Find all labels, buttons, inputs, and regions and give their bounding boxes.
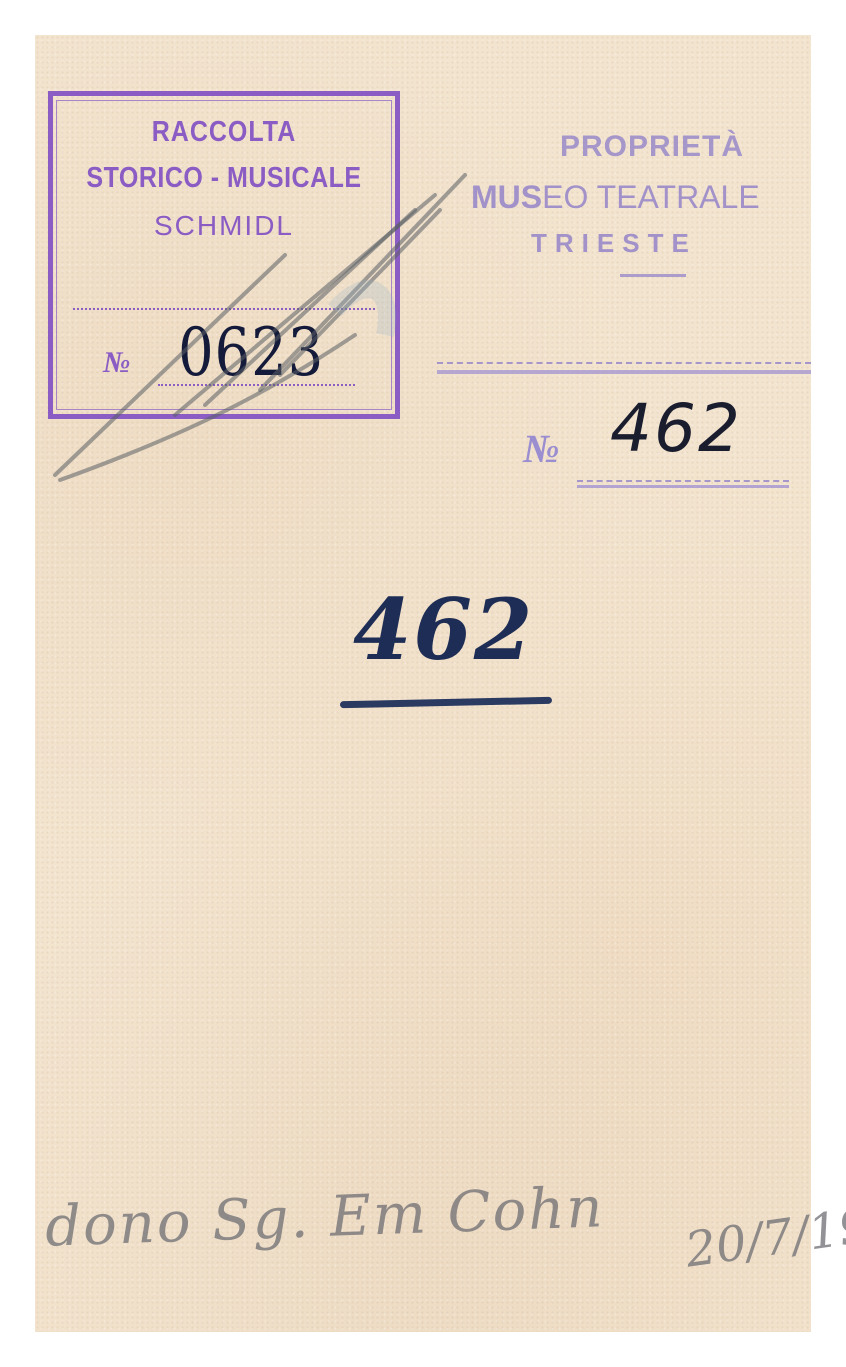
stamp-right-number-rule-dashed [577,480,789,482]
document-card: RACCOLTA STORICO - MUSICALE SCHMIDL № 06… [35,35,811,1332]
stamp-right-rule-dashed [437,362,811,364]
stamp-right-line2: MUSEO TEATRALE [471,179,760,216]
numero-sign-icon: № [103,346,130,380]
stamp-right-line2-rest: EO TEATRALE [542,179,760,215]
stamp-right-line2-bold: MUS [471,179,542,215]
numero-sign-icon: № [523,425,560,472]
stamp-left-line1: RACCOLTA [53,116,395,149]
stamp-left-divider [73,308,375,310]
handwritten-inventory-number-left: 0623 [178,314,324,391]
stamp-museo-teatrale: PROPRIETÀ MUSEO TEATRALE TRIESTE № 462 [435,35,811,495]
stamp-raccolta-schmidl: RACCOLTA STORICO - MUSICALE SCHMIDL № 06… [48,91,400,419]
stamp-right-line3: TRIESTE [531,228,697,259]
handwritten-inventory-number-right: 462 [610,390,742,467]
stamp-right-line1: PROPRIETÀ [560,130,744,164]
stamp-left-line3: SCHMIDL [53,210,395,242]
stamp-left-line2: STORICO - MUSICALE [53,162,395,195]
handwritten-number-center: 462 [353,580,534,679]
stamp-right-number-rule-solid [577,485,789,488]
stamp-right-short-rule [620,274,686,277]
stamp-right-rule-solid [437,370,811,374]
